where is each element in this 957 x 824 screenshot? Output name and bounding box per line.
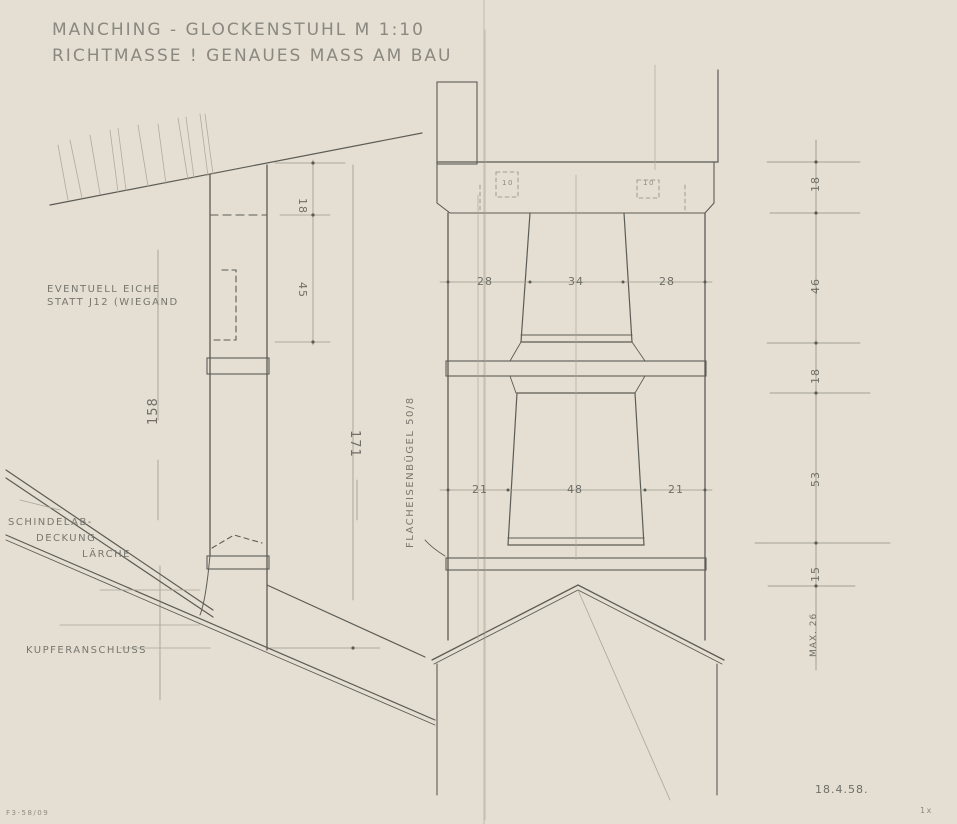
- note-wood-line1: EVENTUELL EICHE: [47, 285, 161, 295]
- note-iron-bracket: FLACHEISENBÜGEL 50/8: [406, 396, 416, 548]
- dim-chain-1: 18: [810, 176, 821, 192]
- dim-side-total-right: 171: [348, 430, 361, 458]
- dimension-chain: [755, 140, 890, 670]
- dim-chain-3: 18: [810, 368, 821, 384]
- front-view: [425, 30, 724, 820]
- dim-front-upper-right: 28: [659, 276, 675, 287]
- dim-chain-4: 53: [810, 471, 821, 487]
- drawing-date: 18.4.58.: [815, 784, 868, 795]
- note-copper: KUPFERANSCHLUSS: [26, 646, 147, 656]
- dim-chain-6: MAX. 26: [810, 613, 819, 657]
- dim-front-lower-left: 21: [472, 484, 488, 495]
- dim-side-total-left: 158: [147, 397, 160, 425]
- sheet-mark: 1x: [920, 807, 933, 815]
- note-roofing-line3: LÄRCHE: [82, 550, 131, 560]
- dim-chain-2: 46: [810, 278, 821, 294]
- drawing-subtitle: RICHTMASSE ! GENAUES MASS AM BAU: [52, 48, 452, 65]
- dim-front-lower-right: 21: [668, 484, 684, 495]
- dim-front-lower-center: 48: [567, 484, 583, 495]
- note-roofing-line1: SCHINDELAB-: [8, 518, 93, 528]
- drawing-title: MANCHING - GLOCKENSTUHL M 1:10: [52, 22, 425, 39]
- bolt-mark-right: 10: [643, 180, 655, 187]
- dim-side-upper: 45: [297, 282, 308, 298]
- note-wood-line2: STATT J12 (WIEGAND: [47, 298, 179, 308]
- archive-number: F3-58/09: [6, 810, 49, 817]
- side-view: [6, 114, 435, 725]
- dim-side-top: 18: [297, 198, 308, 214]
- drawing-sheet: MANCHING - GLOCKENSTUHL M 1:10 RICHTMASS…: [0, 0, 957, 824]
- note-roofing-line2: DECKUNG: [36, 534, 96, 544]
- dim-front-upper-left: 28: [477, 276, 493, 287]
- dim-chain-5: 15: [810, 566, 821, 582]
- dim-front-upper-center: 34: [568, 276, 584, 287]
- technical-drawing: [0, 0, 957, 824]
- bolt-mark-left: 10: [502, 180, 514, 187]
